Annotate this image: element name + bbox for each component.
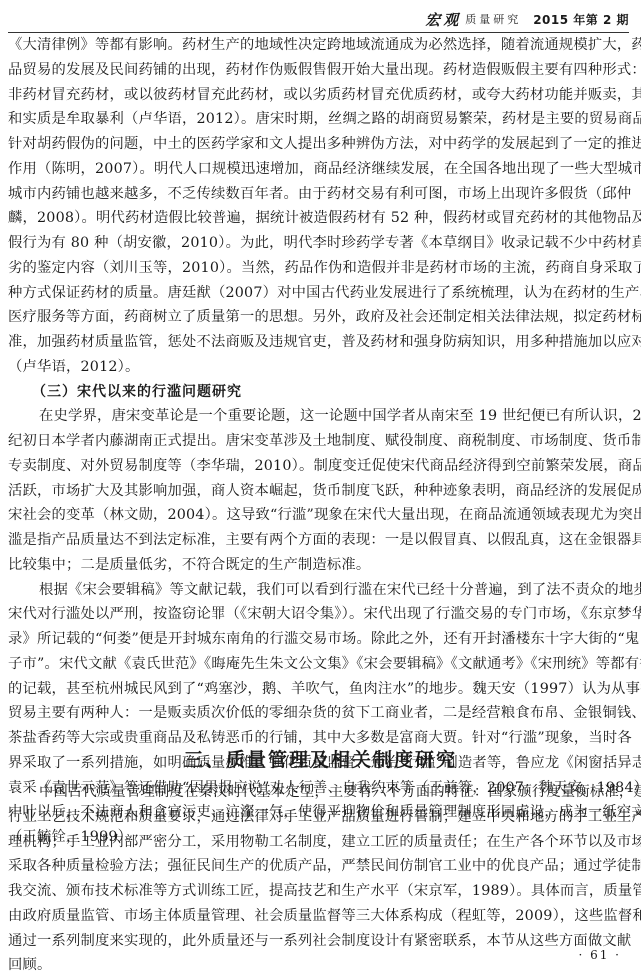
text-line: 劣的鉴定内容（刘川玉等，2010）。当然，药品作伪和造假并非是药材市场的主流，药… [8,256,630,281]
text-line: 子市”。宋代文献《袁氏世范》《晦庵先生朱文公文集》《宋会要辑稿》《文献通考》《宋… [8,652,630,677]
text-line: 假行为有 80 种（胡安徽，2010）。为此，明代李时珍药学专著《本草纲目》收录… [8,231,630,256]
text-line: 理机构；手工业内部严密分工，采用物勒工名制度，建立工匠的质量责任；在生产各个环节… [8,830,630,855]
chapter-heading: 三、质量管理及相关制度研究 [0,745,641,772]
text-line: 行业工艺技术规范和质量要求，通过法律对手工业产品质量进行管制；建立中央和地方的手… [8,805,630,830]
text-line: 比较集中；二是质量低劣，不符合既定的生产制造标准。 [8,553,630,578]
text-line: 作用（陈明，2007）。明代人口规模迅速增加，商品经济继续发展，在全国各地出现了… [8,157,630,182]
paragraph-drug-counterfeiting: 《大清律例》等都有影响。药材生产的地域性决定跨地域流通成为必然选择，随着流通规模… [8,33,630,850]
text-line: 纪初日本学者内藤湖南正式提出。唐宋变革涉及土地制度、赋役制度、商税制度、市场制度… [8,429,630,454]
text-line: 活跃，市场扩大及其影响加强，商人资本崛起，货币制度飞跃，种种迹象表明，商品经济的… [8,479,630,504]
text-line: 中国古代质量管理制度在秦汉时代基本定型，主要有六个方面的特征：国家颁行度量衡标准… [8,780,630,805]
text-line: 品贸易的发展及民间药铺的出现，药材作伪贩假售假开始大量出现。药材造假贩假主要有四… [8,58,630,83]
text-line: 医疗服务等方面，药商树立了质量第一的思想。另外，政府及社会还制定相关法律法规，拟… [8,305,630,330]
text-line: 针对胡药假伪的问题，中土的医药学家和文人提出多种辨伪方法，对中药学的发展起到了一… [8,132,630,157]
text-line: （卢华语，2012）。 [8,355,630,380]
text-line: 我交流、颁布技术标准等方式训练工匠，提高技艺和生产水平（宋京军，1989）。具体… [8,879,630,904]
text-line: 贸易主要有两种人：一是贩卖质次价低的零细杂货的贫下工商业者，二是经营粮食布帛、金… [8,701,630,726]
text-line: 由政府质量监管、市场主体质量管理、社会质量监督等三大体系构成（程虹等，2009）… [8,904,630,929]
text-line: 滥是指产品质量达不到法定标准，主要有两个方面的表现：一是以假冒真、以假乱真，这在… [8,528,630,553]
text-line: 《大清律例》等都有影响。药材生产的地域性决定跨地域流通成为必然选择，随着流通规模… [8,33,630,58]
text-line: 城市内药铺也越来越多，不乏传续数百年者。由于药材交易有利可图，市场上出现许多假货… [8,182,630,207]
text-line: 麟，2008）。明代药材造假比较普遍，据统计被造假药材有 52 种，假药材或冒充… [8,206,630,231]
text-line: 在史学界，唐宋变革论是一个重要论题，这一论题中国学者从南宋至 19 世纪便已有所… [8,404,630,429]
journal-logo: 宏观 [425,9,461,30]
issue-label: 2015 年第 2 期 [533,11,629,28]
text-line: 非药材冒充药材，或以彼药材冒充此药材，或以劣质药材冒充优质药材，或夸大药材功能并… [8,83,630,108]
text-line: 和实质是牟取暴利（卢华语，2012）。唐宋时期，丝绸之路的胡商贸易繁荣，药材是主… [8,107,630,132]
subsection-heading: （三）宋代以来的行滥问题研究 [8,380,630,405]
running-header: 宏观 质量研究 2015 年第 2 期 [8,6,629,33]
journal-name: 质量研究 [465,11,521,27]
page-number: · 61 · [578,948,621,962]
text-line: 录》所记载的“何娄”便是开封城东南角的行滥交易市场。除此之外，还有开封潘楼东十字… [8,627,630,652]
text-line: 宋代对行滥处以严刑，按盗窃论罪（《宋朝大诏令集》）。宋代出现了行滥交易的专门市场… [8,602,630,627]
text-line: 准，加强药材质量监管，惩处不法商贩及违规官吏，普及药材和强身防病知识，用多种措施… [8,330,630,355]
text-line: 根据《宋会要辑稿》等文献记载，我们可以看到行滥在宋代已经十分普遍，到了法不责众的… [8,578,630,603]
text-line: 的记载，甚至杭州城民风到了“鸡塞沙，鹅、羊吹气，鱼肉注水”的地步。魏天安（199… [8,677,630,702]
text-line: 通过一系列制度来实现的，此外质量还与一系列社会制度设计有紧密联系，本节从这些方面… [8,929,630,954]
text-line: 采取各种质量检验方法；强征民间生产的优质产品，严禁民间仿制官工业中的优良产品；通… [8,854,630,879]
text-line: 专卖制度、对外贸易制度等（李华瑞，2010）。制度变迁促使宋代商品经济得到空前繁… [8,454,630,479]
text-line: 宋社会的变革（林文勋，2004）。这导致“行滥”现象在宋代大量出现，在商品流通领… [8,503,630,528]
text-line: 回顾。 [8,953,630,976]
text-line: 种方式保证药材的质量。唐廷猷（2007）对中国古代药业发展进行了系统梳理，认为在… [8,281,630,306]
paragraph-quality-management: 中国古代质量管理制度在秦汉时代基本定型，主要有六个方面的特征：国家颁行度量衡标准… [8,780,630,976]
